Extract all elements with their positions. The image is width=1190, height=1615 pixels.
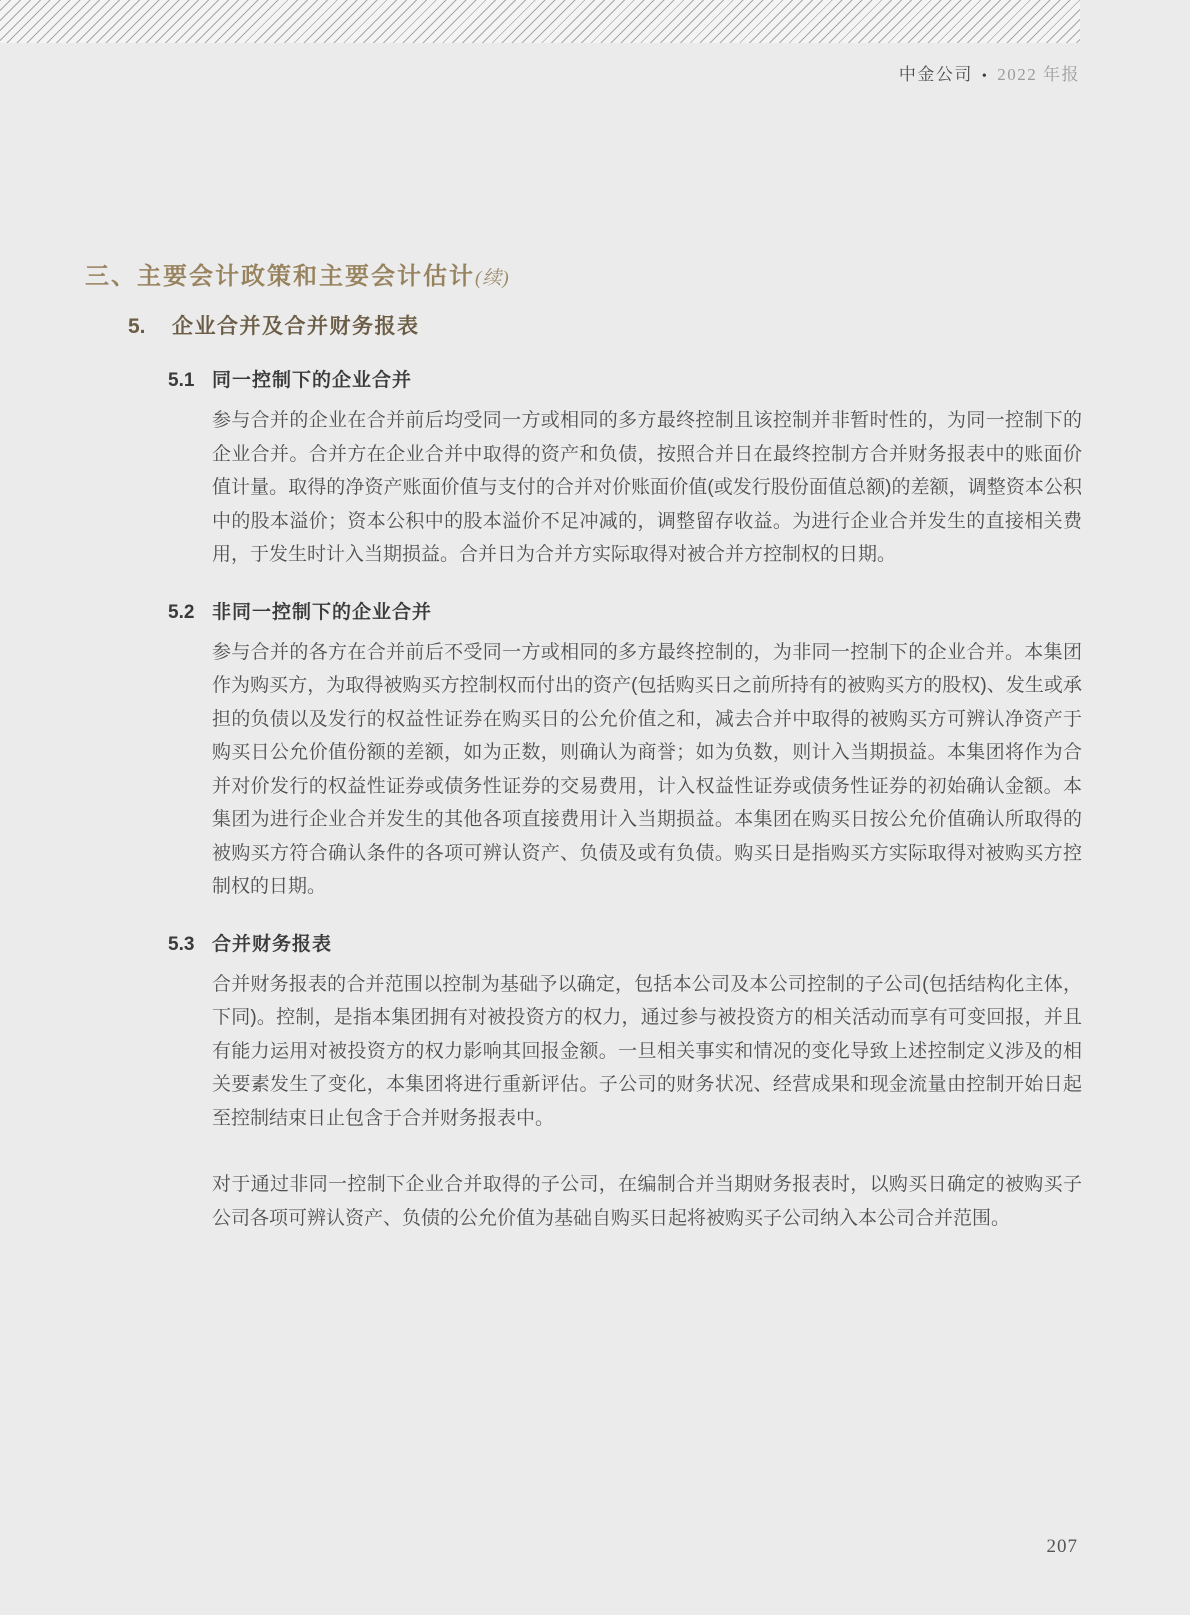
subsection-number: 5.1 bbox=[168, 369, 212, 393]
subsection-heading: 5.1 同一控制下的企业合并 bbox=[168, 369, 1082, 393]
subsection-5-2: 5.2 非同一控制下的企业合并 参与合并的各方在合并前后不受同一方或相同的多方最… bbox=[168, 601, 1082, 904]
paragraph: 对于通过非同一控制下企业合并取得的子公司，在编制合并当期财务报表时，以购买日确定… bbox=[212, 1168, 1082, 1235]
subsection-title: 合并财务报表 bbox=[212, 933, 332, 957]
diagonal-stripe-band bbox=[0, 0, 1080, 43]
subsection-number: 5.3 bbox=[168, 933, 212, 957]
subsection-title: 非同一控制下的企业合并 bbox=[212, 601, 432, 625]
section-heading: 5. 企业合并及合并财务报表 bbox=[128, 314, 1082, 340]
section-number: 5. bbox=[128, 314, 172, 340]
subsection-body: 参与合并的企业在合并前后均受同一方或相同的多方最终控制且该控制并非暂时性的，为同… bbox=[212, 404, 1082, 572]
separator-bullet-icon: • bbox=[982, 69, 988, 84]
subsection-title: 同一控制下的企业合并 bbox=[212, 369, 412, 393]
running-header: 中金公司•2022 年报 bbox=[0, 60, 1080, 85]
chapter-heading: 三、主要会计政策和主要会计估计(续) bbox=[85, 261, 1082, 295]
subsection-5-1: 5.1 同一控制下的企业合并 参与合并的企业在合并前后均受同一方或相同的多方最终… bbox=[168, 369, 1082, 572]
company-name: 中金公司 bbox=[899, 65, 973, 84]
subsection-number: 5.2 bbox=[168, 601, 212, 625]
paragraph: 参与合并的企业在合并前后均受同一方或相同的多方最终控制且该控制并非暂时性的，为同… bbox=[212, 404, 1082, 572]
subsection-heading: 5.2 非同一控制下的企业合并 bbox=[168, 601, 1082, 625]
subsection-heading: 5.3 合并财务报表 bbox=[168, 933, 1082, 957]
subsection-body: 合并财务报表的合并范围以控制为基础予以确定，包括本公司及本公司控制的子公司(包括… bbox=[212, 968, 1082, 1236]
report-edition: 2022 年报 bbox=[997, 65, 1080, 84]
chapter-heading-continued-suffix: (续) bbox=[475, 268, 510, 289]
paragraph: 合并财务报表的合并范围以控制为基础予以确定，包括本公司及本公司控制的子公司(包括… bbox=[212, 968, 1082, 1136]
section-title: 企业合并及合并财务报表 bbox=[172, 314, 420, 340]
chapter-heading-title: 三、主要会计政策和主要会计估计 bbox=[85, 263, 475, 290]
report-page: 中金公司•2022 年报 三、主要会计政策和主要会计估计(续) 5. 企业合并及… bbox=[0, 0, 1190, 1615]
paragraph: 参与合并的各方在合并前后不受同一方或相同的多方最终控制的，为非同一控制下的企业合… bbox=[212, 636, 1082, 904]
subsection-5-3: 5.3 合并财务报表 合并财务报表的合并范围以控制为基础予以确定，包括本公司及本… bbox=[168, 933, 1082, 1236]
page-number: 207 bbox=[1047, 1536, 1079, 1558]
subsection-body: 参与合并的各方在合并前后不受同一方或相同的多方最终控制的，为非同一控制下的企业合… bbox=[212, 636, 1082, 904]
page-content: 三、主要会计政策和主要会计估计(续) 5. 企业合并及合并财务报表 5.1 同一… bbox=[85, 261, 1082, 1235]
